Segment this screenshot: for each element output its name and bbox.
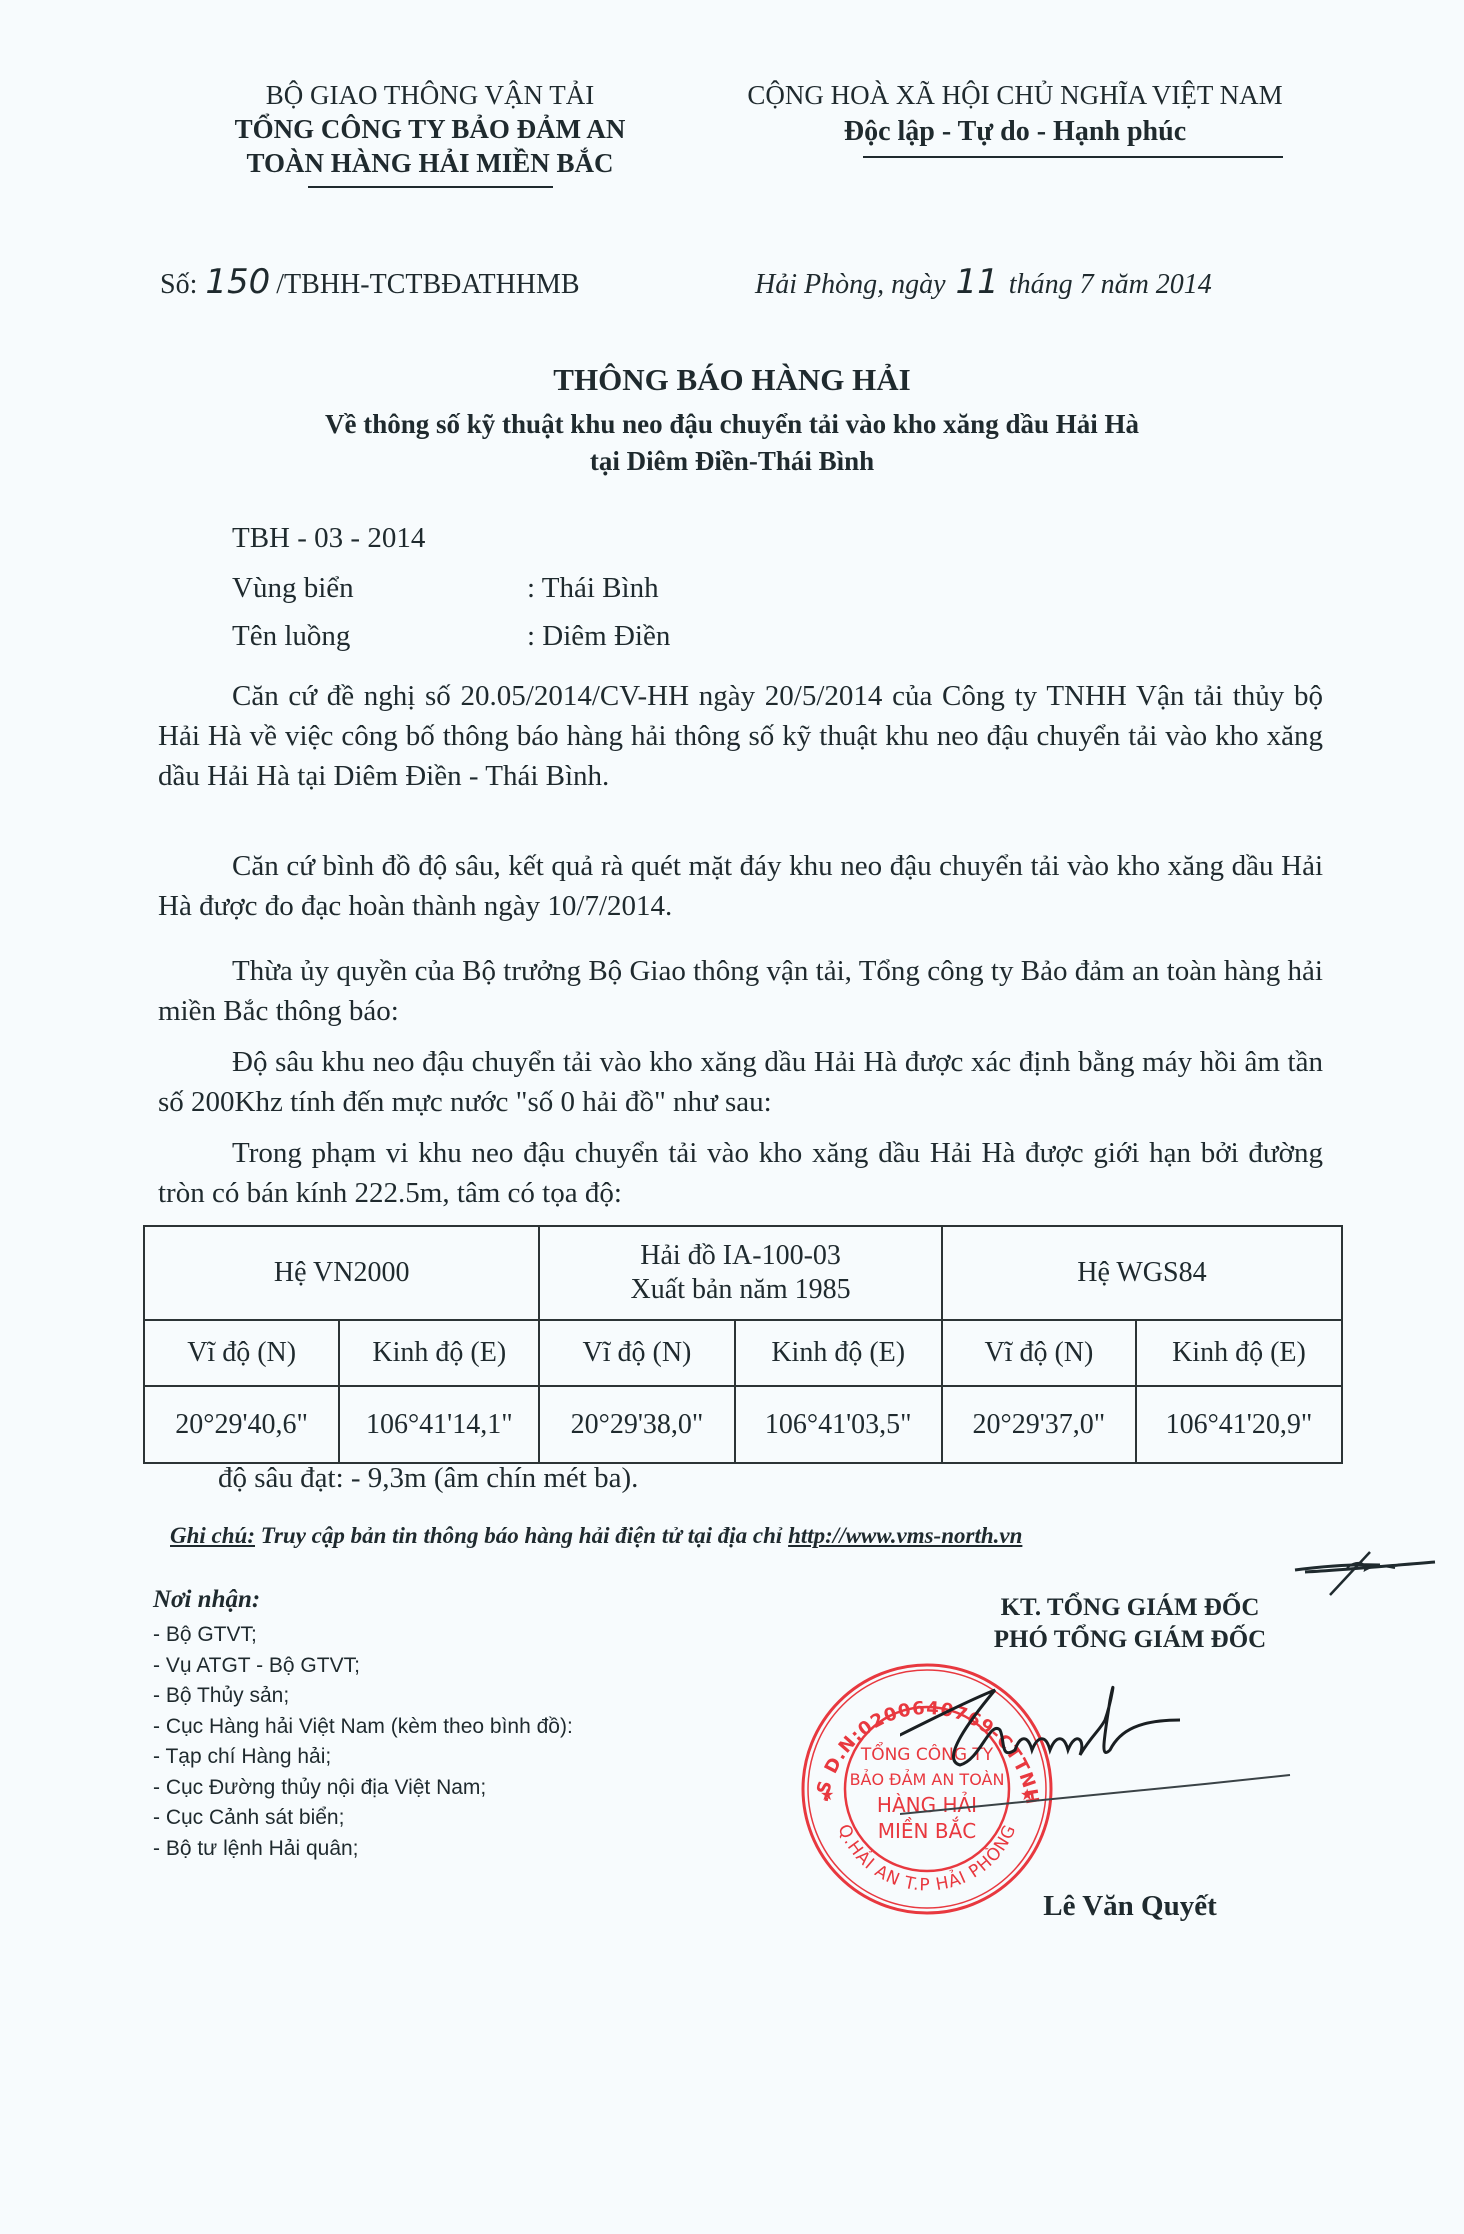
system-chart-ia-100-03: Hải đồ IA-100-03Xuất bản năm 1985 — [539, 1226, 942, 1320]
recipients-block: Nơi nhận: - Bộ GTVT; - Vụ ATGT - Bộ GTVT… — [153, 1586, 573, 1864]
handwritten-number: 150 — [205, 262, 270, 302]
issuing-authority-header: BỘ GIAO THÔNG VẬN TẢI TỔNG CÔNG TY BẢO Đ… — [200, 78, 660, 188]
svg-text:★: ★ — [820, 1785, 834, 1804]
reference-suffix: /TBHH-TCTBĐATHHMB — [276, 269, 579, 300]
channel-value: : Diêm Điền — [527, 620, 670, 653]
handwritten-day: 11 — [956, 262, 999, 302]
channel-label: Tên luồng — [232, 620, 527, 653]
header-latitude: Vĩ độ (N) — [539, 1320, 734, 1386]
signatory-title: KT. TỔNG GIÁM ĐỐC PHÓ TỔNG GIÁM ĐỐC — [880, 1592, 1380, 1656]
paragraph-area-bounds: Trong phạm vi khu neo đậu chuyển tải vào… — [158, 1133, 1323, 1213]
cell-chart-lat: 20°29'38,0" — [539, 1386, 734, 1463]
coordinate-table: Hệ VN2000 Hải đồ IA-100-03Xuất bản năm 1… — [143, 1225, 1343, 1464]
organization-name-line2: TOÀN HÀNG HẢI MIỀN BẮC — [200, 146, 660, 180]
motto-divider — [863, 156, 1283, 158]
table-row-values: 20°29'40,6" 106°41'14,1" 20°29'38,0" 106… — [144, 1386, 1342, 1463]
ministry-name: BỘ GIAO THÔNG VẬN TẢI — [200, 78, 660, 112]
document-subtitle: Về thông số kỹ thuật khu neo đậu chuyển … — [200, 406, 1264, 480]
subtitle-line1: Về thông số kỹ thuật khu neo đậu chuyển … — [200, 406, 1264, 443]
cell-chart-lon: 106°41'03,5" — [735, 1386, 942, 1463]
date-rest: tháng 7 năm 2014 — [1009, 269, 1212, 300]
national-header: CỘNG HOÀ XÃ HỘI CHỦ NGHĨA VIỆT NAM Độc l… — [715, 78, 1315, 158]
header-latitude: Vĩ độ (N) — [942, 1320, 1136, 1386]
paragraph-authorization: Thừa ủy quyền của Bộ trưởng Bộ Giao thôn… — [158, 951, 1323, 1031]
paragraph-depth-method: Độ sâu khu neo đậu chuyển tải vào kho xă… — [158, 1042, 1323, 1122]
signatory-title-line2: PHÓ TỔNG GIÁM ĐỐC — [880, 1624, 1380, 1656]
recipients-heading: Nơi nhận: — [153, 1586, 573, 1614]
sea-area-row: Vùng biển: Thái Bình — [232, 572, 659, 605]
header-latitude: Vĩ độ (N) — [144, 1320, 339, 1386]
recipient-item: - Bộ tư lệnh Hải quân; — [153, 1834, 573, 1865]
note-text: Truy cập bản tin thông báo hàng hải điện… — [255, 1523, 788, 1548]
signatory-title-line1: KT. TỔNG GIÁM ĐỐC — [880, 1592, 1380, 1624]
document-title: THÔNG BÁO HÀNG HẢI — [0, 362, 1464, 398]
header-divider — [308, 186, 553, 188]
recipient-item: - Tạp chí Hàng hải; — [153, 1742, 573, 1773]
recipient-item: - Bộ GTVT; — [153, 1620, 573, 1651]
cell-wgs84-lat: 20°29'37,0" — [942, 1386, 1136, 1463]
website-link[interactable]: http://www.vms-north.vn — [788, 1523, 1022, 1548]
note-line: Ghi chú: Truy cập bản tin thông báo hàng… — [170, 1523, 1022, 1549]
country-name: CỘNG HOÀ XÃ HỘI CHỦ NGHĨA VIỆT NAM — [715, 78, 1315, 112]
header-longitude: Kinh độ (E) — [339, 1320, 539, 1386]
table-row-subheaders: Vĩ độ (N) Kinh độ (E) Vĩ độ (N) Kinh độ … — [144, 1320, 1342, 1386]
channel-row: Tên luồng: Diêm Điền — [232, 620, 670, 653]
issue-date: Hải Phòng, ngày11tháng 7 năm 2014 — [755, 262, 1212, 302]
reference-prefix: Số: — [160, 269, 197, 300]
header-longitude: Kinh độ (E) — [735, 1320, 942, 1386]
note-label: Ghi chú: — [170, 1523, 255, 1548]
table-row-systems: Hệ VN2000 Hải đồ IA-100-03Xuất bản năm 1… — [144, 1226, 1342, 1320]
signer-name: Lê Văn Quyết — [920, 1890, 1340, 1923]
handwritten-signature — [900, 1680, 1320, 1900]
cell-vn2000-lon: 106°41'14,1" — [339, 1386, 539, 1463]
sea-area-label: Vùng biển — [232, 572, 527, 605]
recipient-item: - Cục Hàng hải Việt Nam (kèm theo bình đ… — [153, 1712, 573, 1743]
system-wgs84: Hệ WGS84 — [942, 1226, 1342, 1320]
organization-name-line1: TỔNG CÔNG TY BẢO ĐẢM AN — [200, 112, 660, 146]
paragraph-basis-request: Căn cứ đề nghị số 20.05/2014/CV-HH ngày … — [158, 676, 1323, 796]
depth-result: độ sâu đạt: - 9,3m (âm chín mét ba). — [218, 1462, 638, 1495]
national-motto: Độc lập - Tự do - Hạnh phúc — [715, 112, 1315, 152]
date-place: Hải Phòng, ngày — [755, 269, 946, 300]
subtitle-line2: tại Diêm Điền-Thái Bình — [200, 443, 1264, 480]
cell-wgs84-lon: 106°41'20,9" — [1136, 1386, 1342, 1463]
system-vn2000: Hệ VN2000 — [144, 1226, 539, 1320]
initials-mark — [1285, 1540, 1445, 1600]
paragraph-basis-survey: Căn cứ bình đồ độ sâu, kết quả rà quét m… — [158, 846, 1323, 926]
recipient-item: - Cục Đường thủy nội địa Việt Nam; — [153, 1773, 573, 1804]
notice-code: TBH - 03 - 2014 — [232, 522, 425, 555]
sea-area-value: : Thái Bình — [527, 572, 659, 605]
cell-vn2000-lat: 20°29'40,6" — [144, 1386, 339, 1463]
header-longitude: Kinh độ (E) — [1136, 1320, 1342, 1386]
reference-number: Số:150/TBHH-TCTBĐATHHMB — [160, 262, 580, 302]
recipient-item: - Cục Cảnh sát biển; — [153, 1803, 573, 1834]
recipient-item: - Bộ Thủy sản; — [153, 1681, 573, 1712]
recipient-item: - Vụ ATGT - Bộ GTVT; — [153, 1651, 573, 1682]
